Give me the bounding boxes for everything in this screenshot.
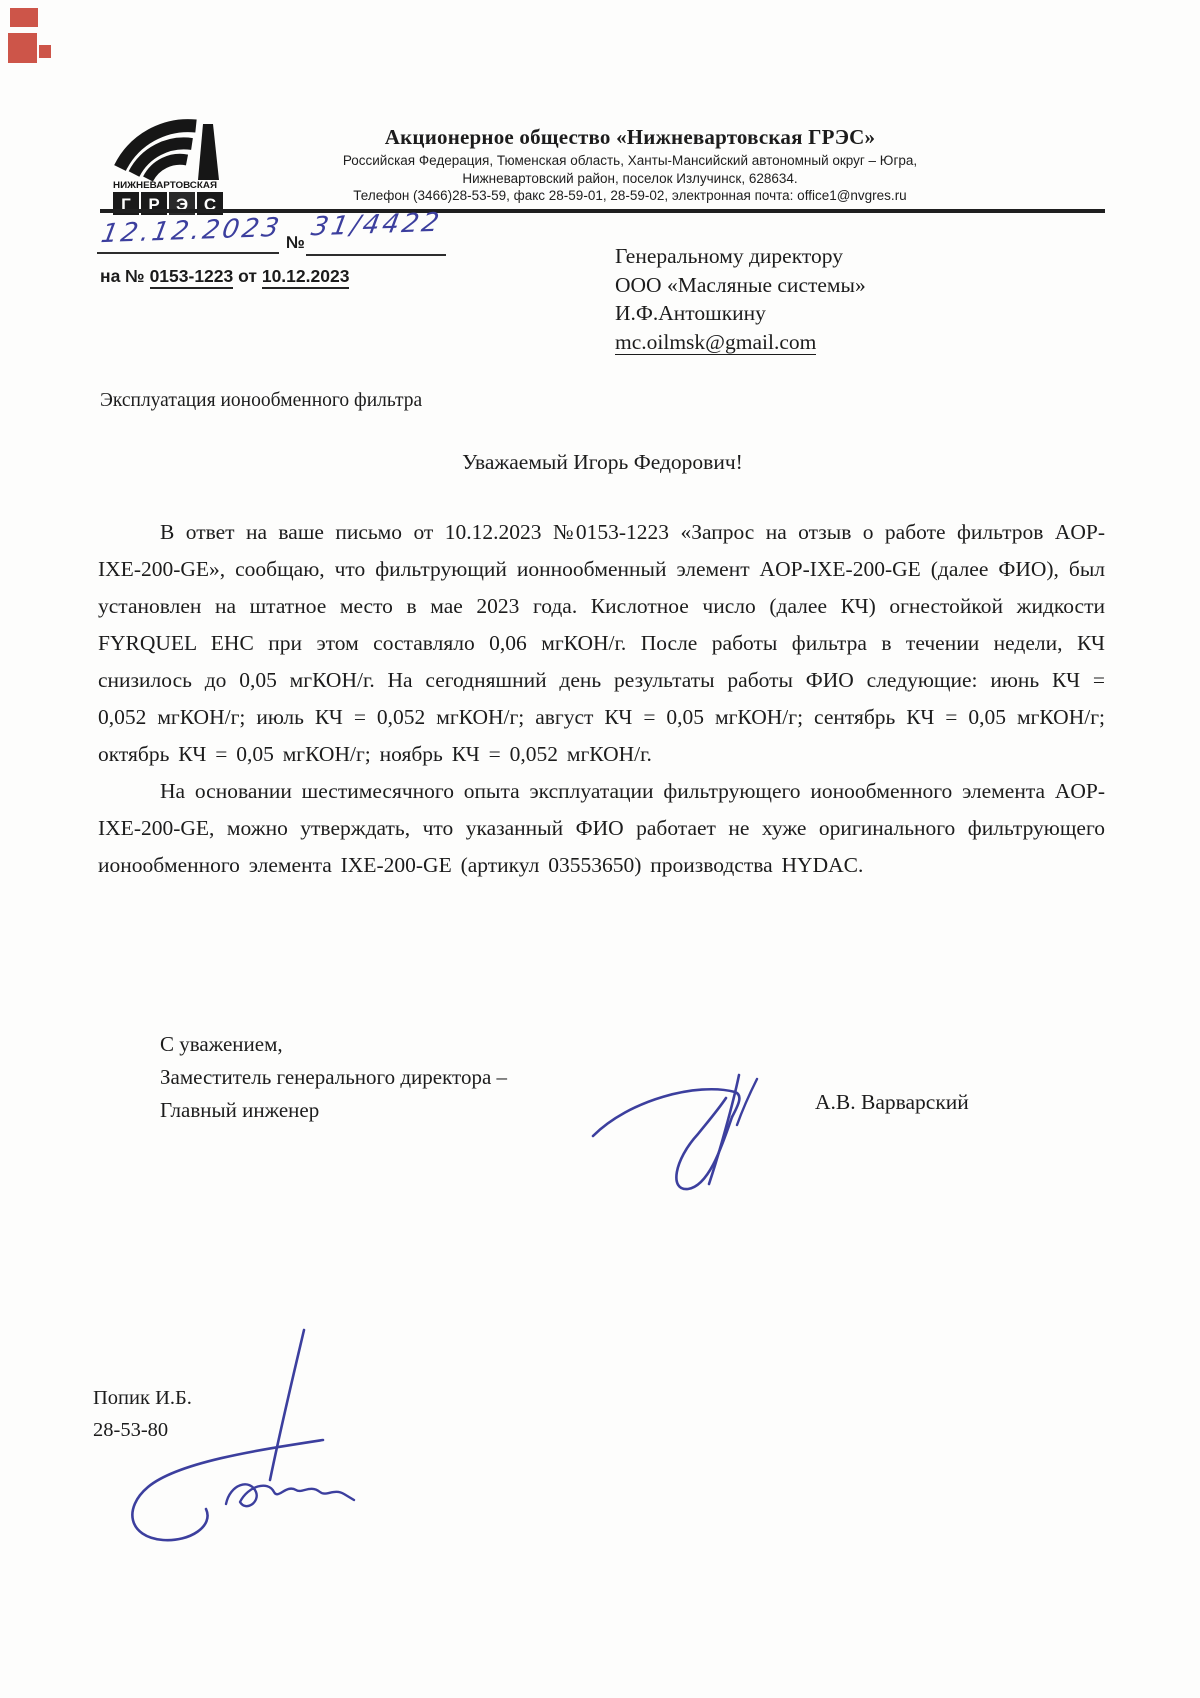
org-address-line2: Нижневартовский район, поселок Излучинск… xyxy=(250,170,1010,188)
recipient-email: mc.oilmsk@gmail.com xyxy=(615,330,816,355)
body-paragraph-1: В ответ на ваше письмо от 10.12.2023 №01… xyxy=(98,514,1105,773)
outgoing-number-handwritten: 31/4422 xyxy=(309,208,444,242)
scan-artifact xyxy=(39,45,51,58)
reply-infix: от xyxy=(238,266,257,286)
company-logo: НИЖНЕВАРТОВСКАЯ Г Р Э С xyxy=(110,116,242,216)
closing-position-1: Заместитель генерального директора – xyxy=(160,1061,507,1094)
org-name: Акционерное общество «Нижневартовская ГР… xyxy=(270,125,990,150)
scan-artifact xyxy=(10,8,38,27)
reply-reference-line: на № 0153-1223 от 10.12.2023 xyxy=(100,266,349,287)
recipient-block: Генеральному директору ООО «Масляные сис… xyxy=(615,242,866,356)
salutation: Уважаемый Игорь Федорович! xyxy=(100,450,1105,475)
reply-prefix: на № xyxy=(100,266,145,286)
chimney-icon xyxy=(198,124,219,180)
closing-block: С уважением, Заместитель генерального ди… xyxy=(160,1028,507,1127)
recipient-title: Генеральному директору xyxy=(615,242,866,271)
subject-line: Эксплуатация ионообменного фильтра xyxy=(100,390,422,412)
signer-name: А.В. Варварский xyxy=(815,1090,969,1115)
recipient-person: И.Ф.Антошкину xyxy=(615,299,866,328)
reply-date: 10.12.2023 xyxy=(262,266,350,289)
closing-position-2: Главный инженер xyxy=(160,1094,507,1127)
org-address-line3: Телефон (3466)28-53-59, факс 28-59-01, 2… xyxy=(250,187,1010,205)
gres-logo-graphic: НИЖНЕВАРТОВСКАЯ Г Р Э С xyxy=(110,116,242,216)
letter-body: В ответ на ваше письмо от 10.12.2023 №01… xyxy=(98,514,1105,884)
executor-signature xyxy=(118,1322,378,1552)
number-underline xyxy=(306,254,446,256)
number-sign-label: № xyxy=(286,233,305,253)
body-paragraph-2: На основании шестимесячного опыта эксплу… xyxy=(98,773,1105,884)
scanned-letter-page: НИЖНЕВАРТОВСКАЯ Г Р Э С Акционерное обще… xyxy=(0,0,1200,1698)
reply-number: 0153-1223 xyxy=(150,266,234,289)
org-address-line1: Российская Федерация, Тюменская область,… xyxy=(250,152,1010,170)
letterhead-divider xyxy=(100,209,1105,213)
date-underline xyxy=(97,252,279,254)
org-address: Российская Федерация, Тюменская область,… xyxy=(250,152,1010,205)
outgoing-date-handwritten: 12.12.2023 xyxy=(99,213,284,249)
recipient-company: ООО «Масляные системы» xyxy=(615,271,866,300)
director-signature xyxy=(585,1072,785,1207)
scan-artifact xyxy=(8,33,37,63)
logo-brand-top: НИЖНЕВАРТОВСКАЯ xyxy=(113,180,217,191)
closing-regards: С уважением, xyxy=(160,1028,507,1061)
